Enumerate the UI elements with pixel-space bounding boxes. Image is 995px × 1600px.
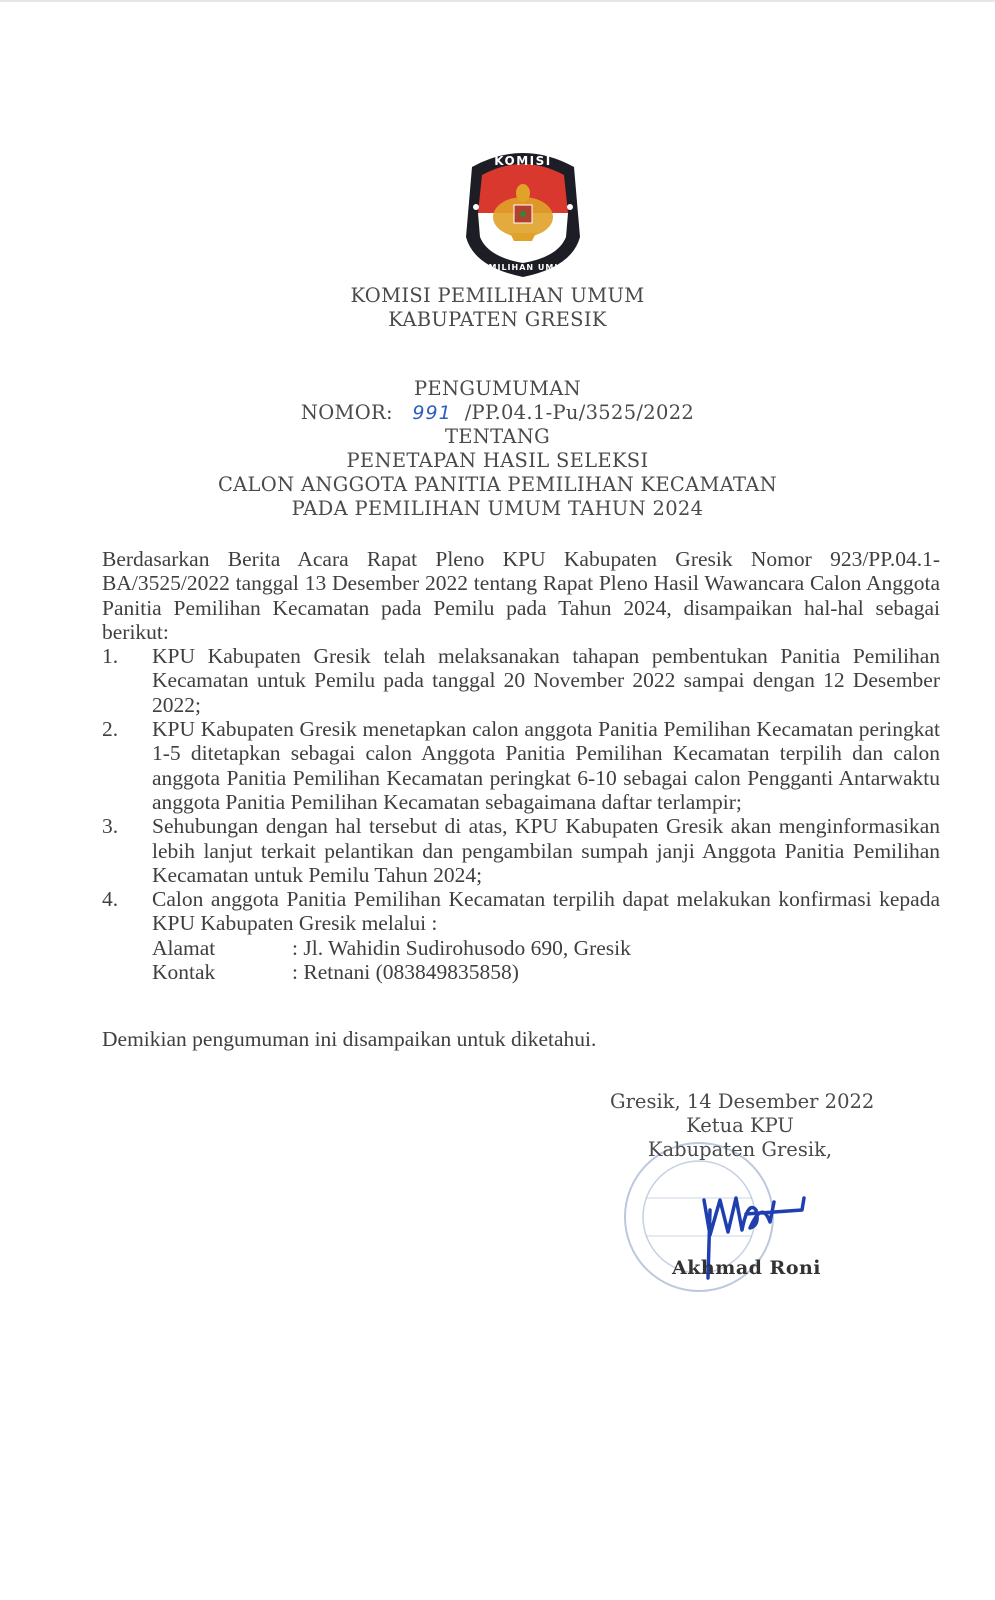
announcement-body: Berdasarkan Berita Acara Rapat Pleno KPU… (102, 547, 940, 984)
number-suffix: /PP.04.1-Pu/3525/2022 (465, 401, 694, 424)
subject-line-2: CALON ANGGOTA PANITIA PEMILIHAN KECAMATA… (0, 473, 995, 497)
organization-header: KOMISI PEMILIHAN UMUM KABUPATEN GRESIK (0, 284, 995, 332)
closing-statement: Demikian pengumuman ini disampaikan untu… (102, 1027, 596, 1052)
handwritten-number: 991 (412, 402, 451, 424)
contact-address: Alamat : Jl. Wahidin Sudirohusodo 690, G… (152, 936, 940, 960)
announcement-heading: PENGUMUMAN (0, 377, 995, 401)
list-item: 4.Calon anggota Panitia Pemilihan Kecama… (102, 887, 940, 984)
organization-name: KOMISI PEMILIHAN UMUM (0, 284, 995, 308)
signer-position-2: Kabupaten Gresik, (590, 1138, 890, 1162)
signer-position-1: Ketua KPU (590, 1114, 890, 1138)
place-date: Gresik, 14 Desember 2022 (590, 1090, 890, 1114)
signer-name: Akhmad Roni (672, 1257, 821, 1279)
list-item: 3.Sehubungan dengan hal tersebut di atas… (102, 814, 940, 887)
subject-line-1: PENETAPAN HASIL SELEKSI (0, 449, 995, 473)
signature-block: Gresik, 14 Desember 2022 Ketua KPU Kabup… (590, 1090, 890, 1162)
announcement-number: NOMOR: 991 /PP.04.1-Pu/3525/2022 (0, 401, 995, 425)
announcement-about: TENTANG (0, 425, 995, 449)
announcement-title-block: PENGUMUMAN NOMOR: 991 /PP.04.1-Pu/3525/2… (0, 377, 995, 521)
organization-region: KABUPATEN GRESIK (0, 308, 995, 332)
points-list: 1.KPU Kabupaten Gresik telah melaksanaka… (102, 644, 940, 984)
subject-line-3: PADA PEMILIHAN UMUM TAHUN 2024 (0, 497, 995, 521)
kpu-logo-icon: KOMISI PEMILIHAN UMUM (462, 145, 584, 277)
contact-phone: Kontak : Retnani (083849835858) (152, 960, 940, 984)
number-label: NOMOR: (301, 401, 393, 424)
document-page: KOMISI PEMILIHAN UMUM KOMISI PEMILIHAN U… (0, 0, 995, 1600)
list-item: 1.KPU Kabupaten Gresik telah melaksanaka… (102, 644, 940, 717)
list-item: 2.KPU Kabupaten Gresik menetapkan calon … (102, 717, 940, 814)
svg-text:PEMILIHAN UMUM: PEMILIHAN UMUM (475, 263, 571, 272)
intro-paragraph: Berdasarkan Berita Acara Rapat Pleno KPU… (102, 547, 940, 644)
svg-text:KOMISI: KOMISI (494, 154, 551, 168)
page-top-edge (0, 0, 995, 2)
